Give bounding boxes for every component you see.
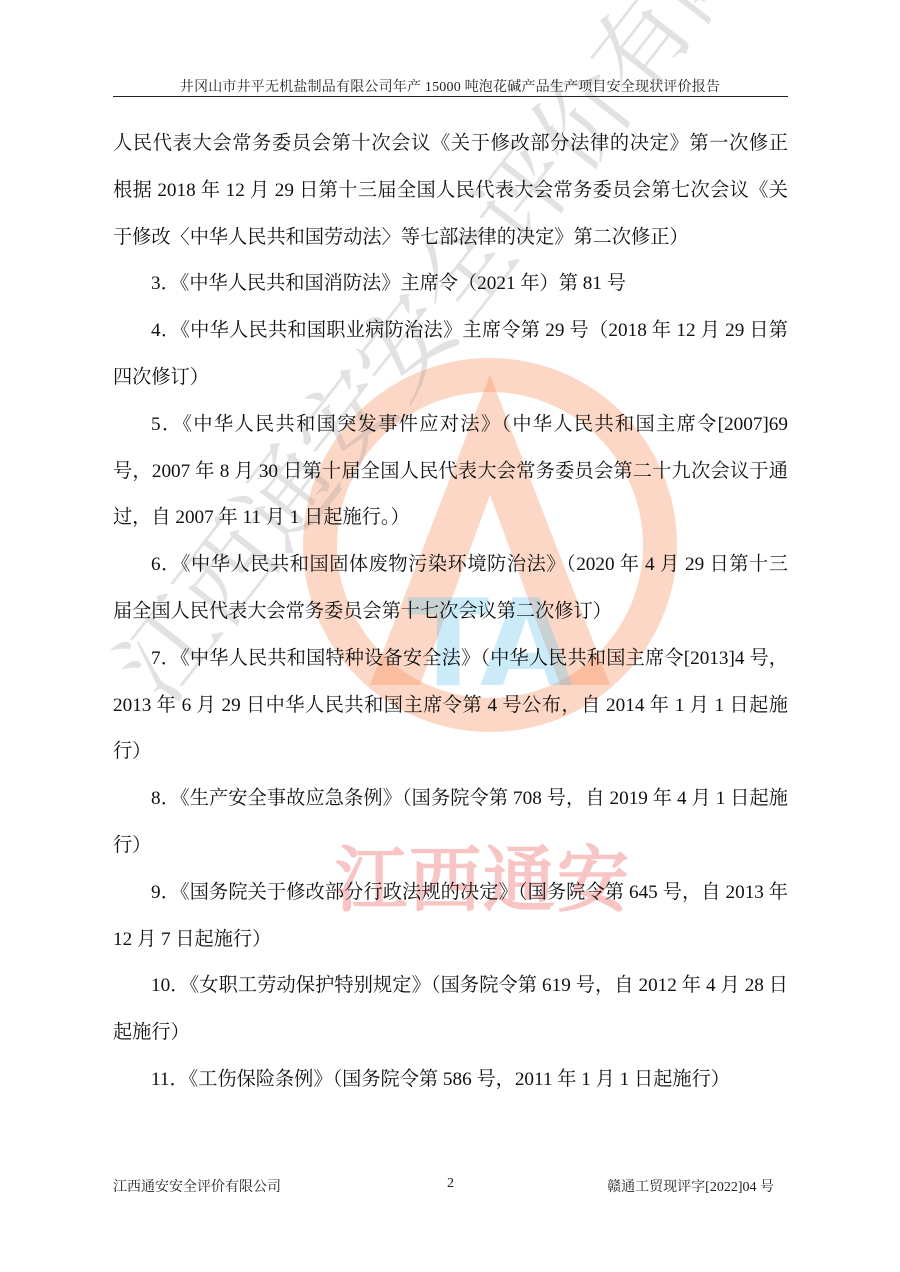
list-item: 11．《工伤保险条例》（国务院令第 586 号，2011 年 1 月 1 日起施… (113, 1057, 788, 1104)
list-item: 5．《中华人民共和国突发事件应对法》（中华人民共和国主席令[2007]69 号，… (113, 402, 788, 542)
header-divider (113, 96, 788, 97)
list-item: 9．《国务院关于修改部分行政法规的决定》（国务院令第 645 号，自 2013 … (113, 870, 788, 964)
footer-doc-number: 赣通工贸现评字[2022]04 号 (607, 1176, 774, 1196)
list-item: 4．《中华人民共和国职业病防治法》主席令第 29 号（2018 年 12 月 2… (113, 308, 788, 402)
list-item: 7．《中华人民共和国特种设备安全法》（中华人民共和国主席令[2013]4 号，2… (113, 636, 788, 776)
continuation-paragraph: 人民代表大会常务委员会第十次会议《关于修改部分法律的决定》第一次修正 根据 20… (113, 121, 788, 261)
page-footer: 江西通安安全评价有限公司 2 赣通工贸现评字[2022]04 号 (113, 1176, 788, 1196)
page-header-title: 井冈山市井平无机盐制品有限公司年产 15000 吨泡花碱产品生产项目安全现状评价… (113, 76, 787, 96)
list-item: 10．《女职工劳动保护特别规定》（国务院令第 619 号，自 2012 年 4 … (113, 963, 788, 1057)
list-item: 3．《中华人民共和国消防法》主席令（2021 年）第 81 号 (113, 261, 788, 308)
list-item: 8．《生产安全事故应急条例》（国务院令第 708 号，自 2019 年 4 月 … (113, 776, 788, 870)
document-body: 人民代表大会常务委员会第十次会议《关于修改部分法律的决定》第一次修正 根据 20… (113, 121, 788, 1104)
list-item: 6．《中华人民共和国固体废物污染环境防治法》（2020 年 4 月 29 日第十… (113, 542, 788, 636)
